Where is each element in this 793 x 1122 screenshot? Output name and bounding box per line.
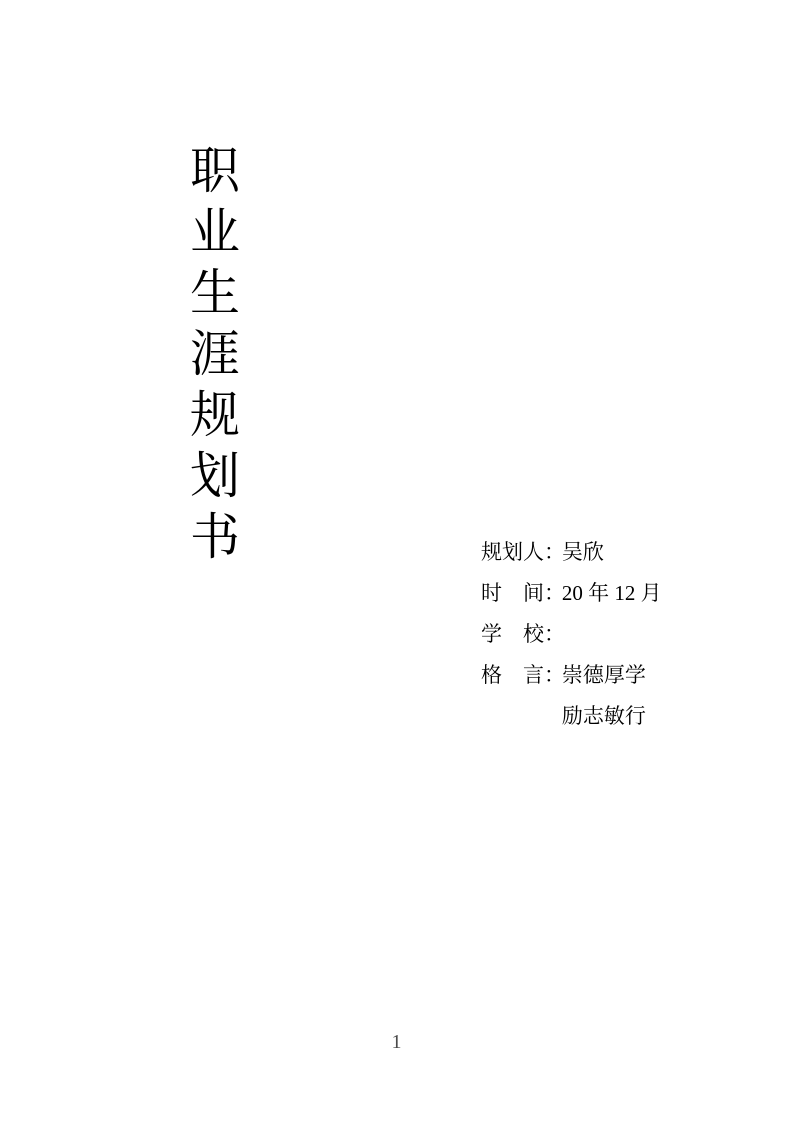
info-row-motto: 格 言：崇德厚学: [481, 655, 662, 696]
page-number: 1: [0, 1031, 793, 1053]
vertical-title: 职业生涯规划书: [190, 141, 240, 568]
info-value-planner: 吴欣: [562, 532, 604, 573]
info-colon: ：: [544, 532, 562, 573]
info-colon: ：: [544, 655, 562, 696]
info-value-motto-line2: 励志敏行: [562, 696, 646, 737]
info-label-planner: 规划人: [481, 532, 544, 573]
info-colon: ：: [544, 573, 562, 614]
info-value-date: 20 年 12 月: [562, 573, 662, 614]
info-row-motto-line2: 励志敏行: [481, 696, 662, 737]
info-label-motto: 格 言: [481, 655, 544, 696]
info-colon: ：: [544, 614, 562, 655]
info-row-planner: 规划人：吴欣: [481, 532, 662, 573]
info-value-motto: 崇德厚学: [562, 655, 646, 696]
info-row-date: 时 间：20 年 12 月: [481, 573, 662, 614]
info-label-school: 学 校: [481, 614, 544, 655]
info-row-school: 学 校：: [481, 614, 662, 655]
document-page: 职业生涯规划书 规划人：吴欣 时 间：20 年 12 月 学 校： 格 言：崇德…: [0, 0, 793, 1122]
info-block: 规划人：吴欣 时 间：20 年 12 月 学 校： 格 言：崇德厚学 励志敏行: [481, 532, 662, 737]
info-label-date: 时 间: [481, 573, 544, 614]
